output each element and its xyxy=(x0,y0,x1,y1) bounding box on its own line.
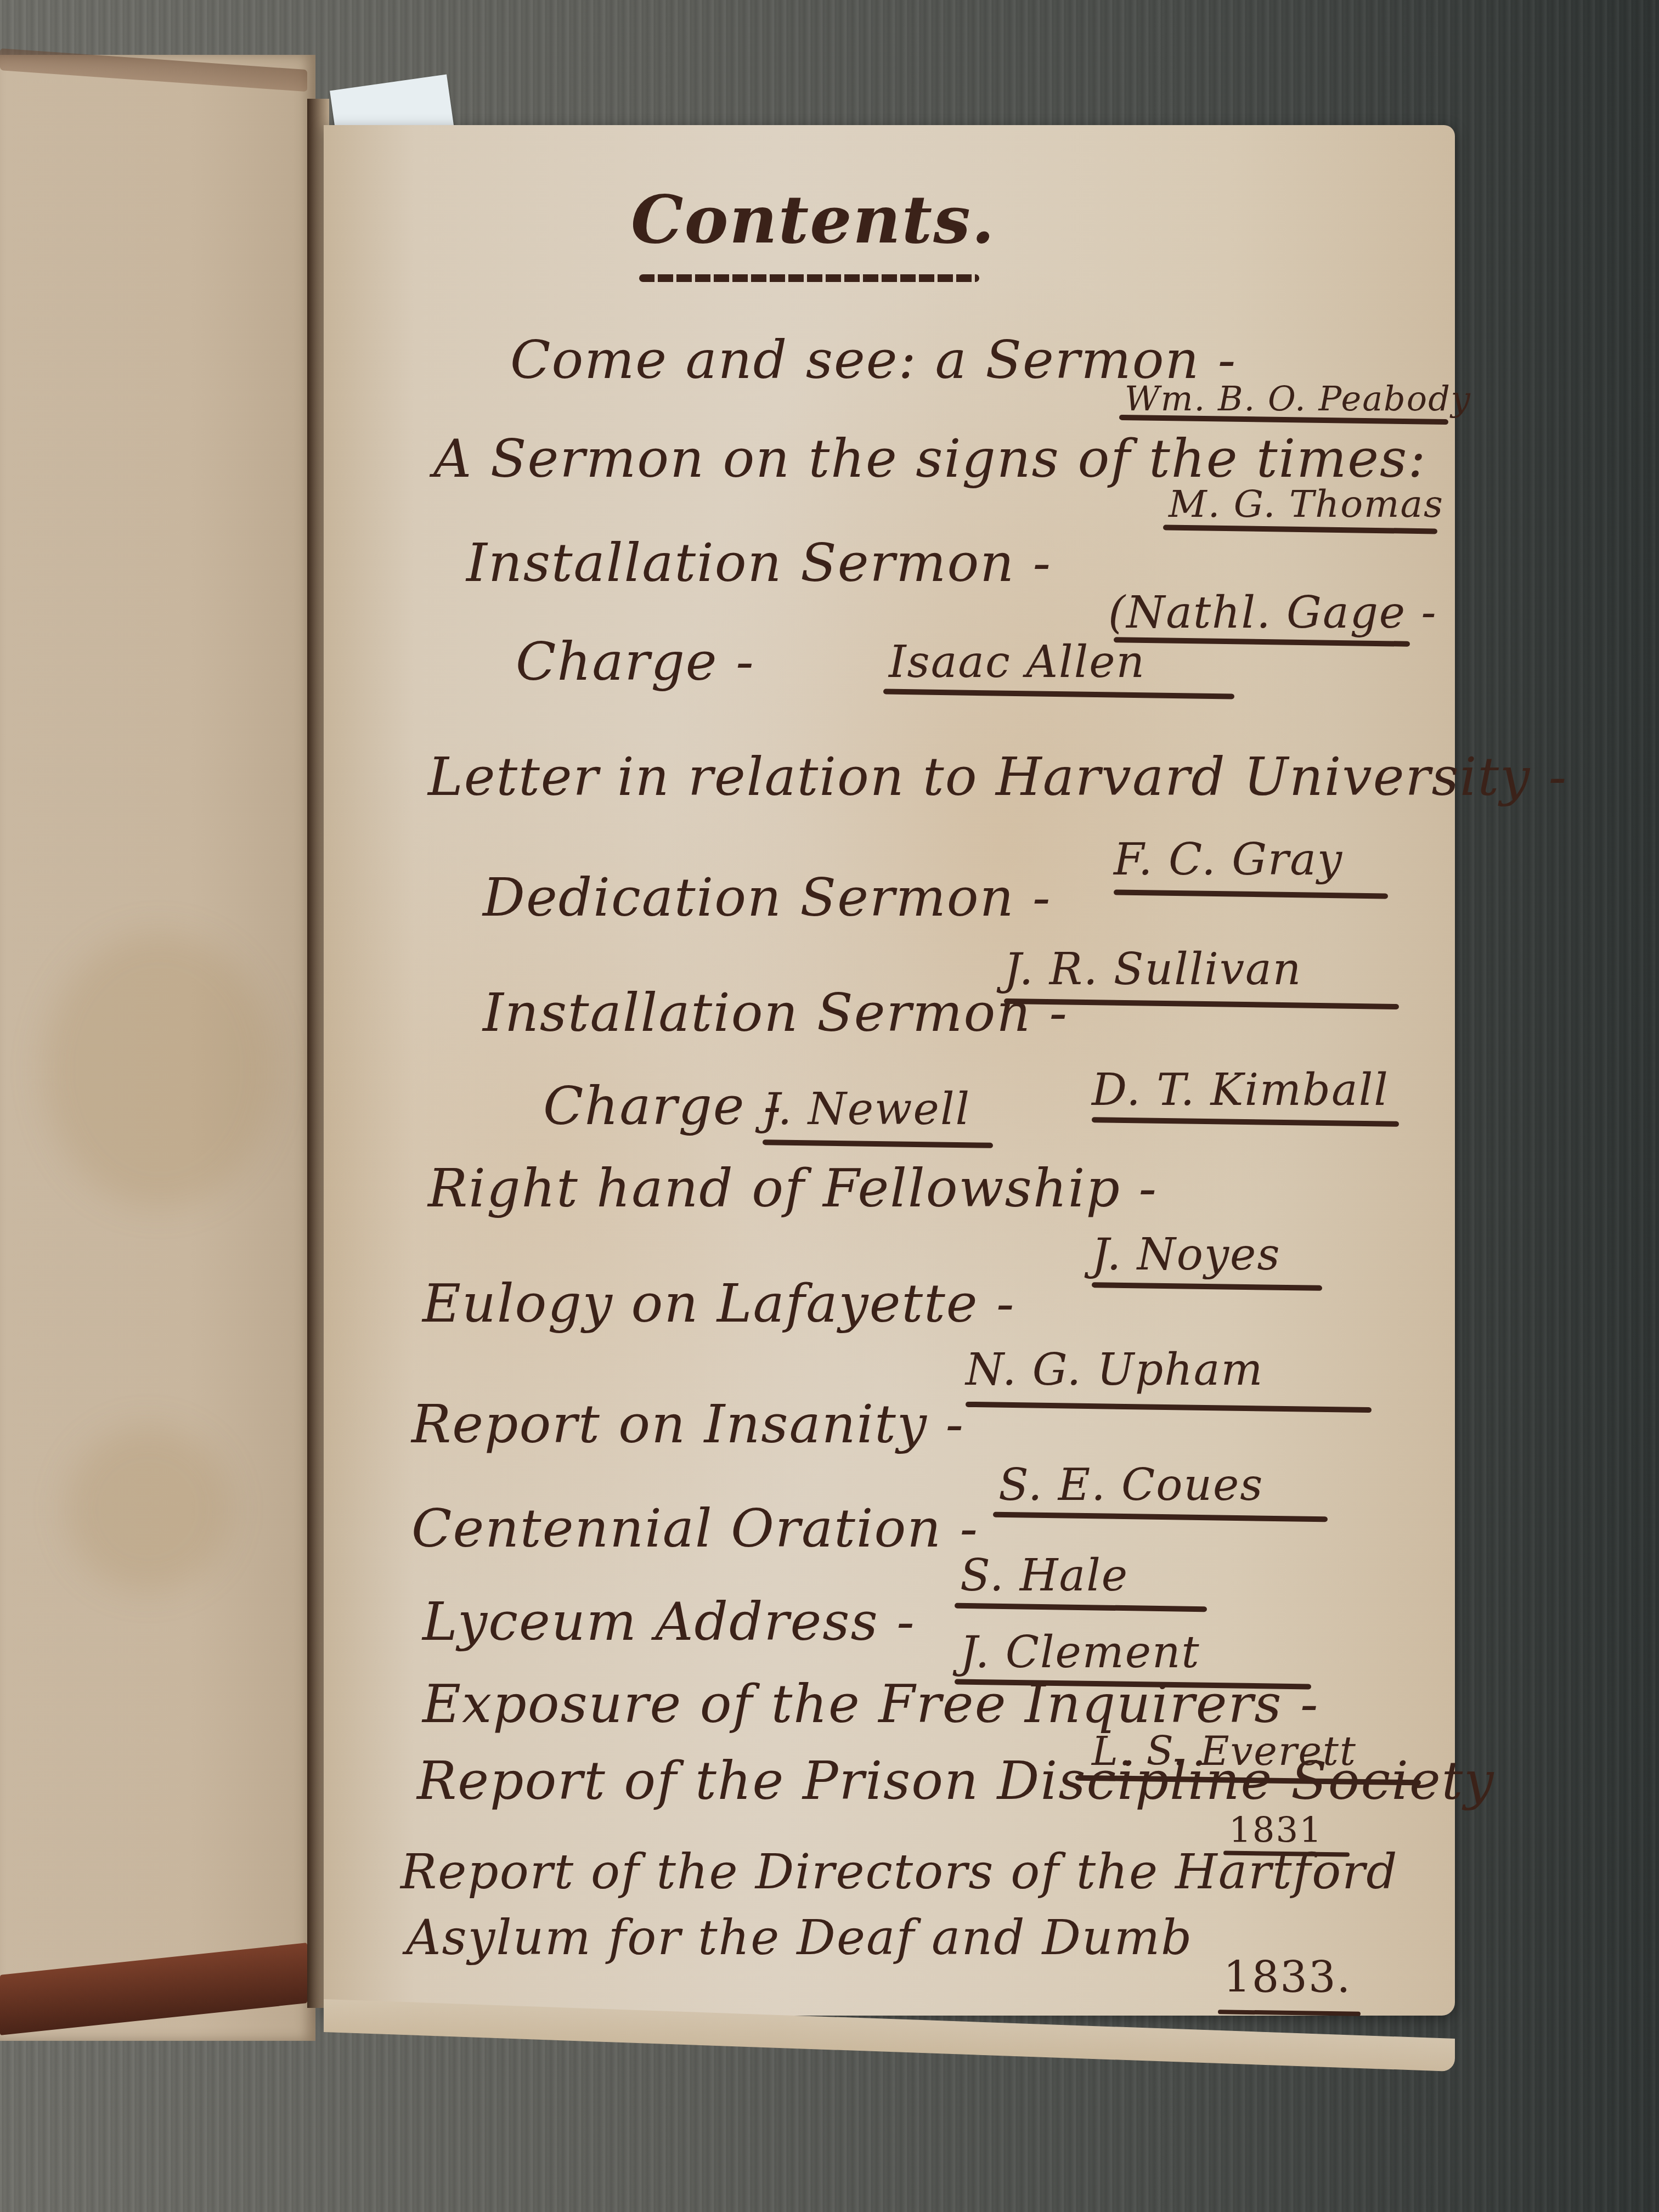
publication-year: 1833. xyxy=(1223,1953,1351,2002)
contents-entry-title: Installation Sermon - xyxy=(483,982,1068,1043)
contents-entry-author: N. G. Upham xyxy=(966,1344,1263,1395)
contents-entry-author: M. G. Thomas xyxy=(1169,483,1444,526)
contents-entry-title: Report of the Directors of the Hartford xyxy=(400,1843,1398,1900)
contents-entry-title: Installation Sermon - xyxy=(466,532,1052,594)
paper-stain xyxy=(44,933,274,1207)
page-title: Contents. xyxy=(631,181,996,258)
contents-entry-author: (Nathl. Gage - xyxy=(1108,587,1437,638)
contents-entry-title: Charge - xyxy=(543,1075,782,1137)
contents-entry-title: Lyceum Address - xyxy=(422,1591,916,1652)
contents-entry-author: J. Newell xyxy=(763,1084,970,1135)
title-underline xyxy=(639,274,979,282)
contents-entry-title: Asylum for the Deaf and Dumb xyxy=(406,1909,1193,1966)
contents-entry-title: Exposure of the Free Inquirers - xyxy=(422,1673,1319,1735)
contents-entry-author: D. T. Kimball xyxy=(1092,1064,1389,1115)
contents-entry-title: Centennial Oration - xyxy=(411,1498,979,1559)
contents-entry-title: Charge - xyxy=(516,631,755,692)
contents-entry-title: Letter in relation to Harvard University… xyxy=(428,746,1567,808)
contents-entry-author: Wm. B. O. Peabody xyxy=(1125,379,1471,419)
contents-entry-title: Right hand of Fellowship - xyxy=(428,1158,1158,1219)
contents-entry-author: Isaac Allen xyxy=(889,636,1145,687)
contents-entry-title: Dedication Sermon - xyxy=(483,867,1051,928)
contents-entry-author: F. C. Gray xyxy=(1114,834,1343,885)
contents-entry-title: Report on Insanity - xyxy=(411,1393,964,1455)
contents-entry-title: Report of the Prison Discipline Society xyxy=(417,1750,1495,1812)
paper-stain xyxy=(66,1426,230,1591)
contents-entry-author: J. Clement xyxy=(960,1627,1200,1678)
contents-entry-title: A Sermon on the signs of the times: xyxy=(433,428,1427,489)
contents-entry-author: S. Hale xyxy=(960,1550,1128,1601)
contents-entry-author: S. E. Coues xyxy=(998,1459,1263,1510)
contents-entry-title: Eulogy on Lafayette - xyxy=(422,1273,1015,1334)
contents-entry-author: J. Noyes xyxy=(1092,1229,1280,1280)
left-endpaper xyxy=(0,55,315,2041)
